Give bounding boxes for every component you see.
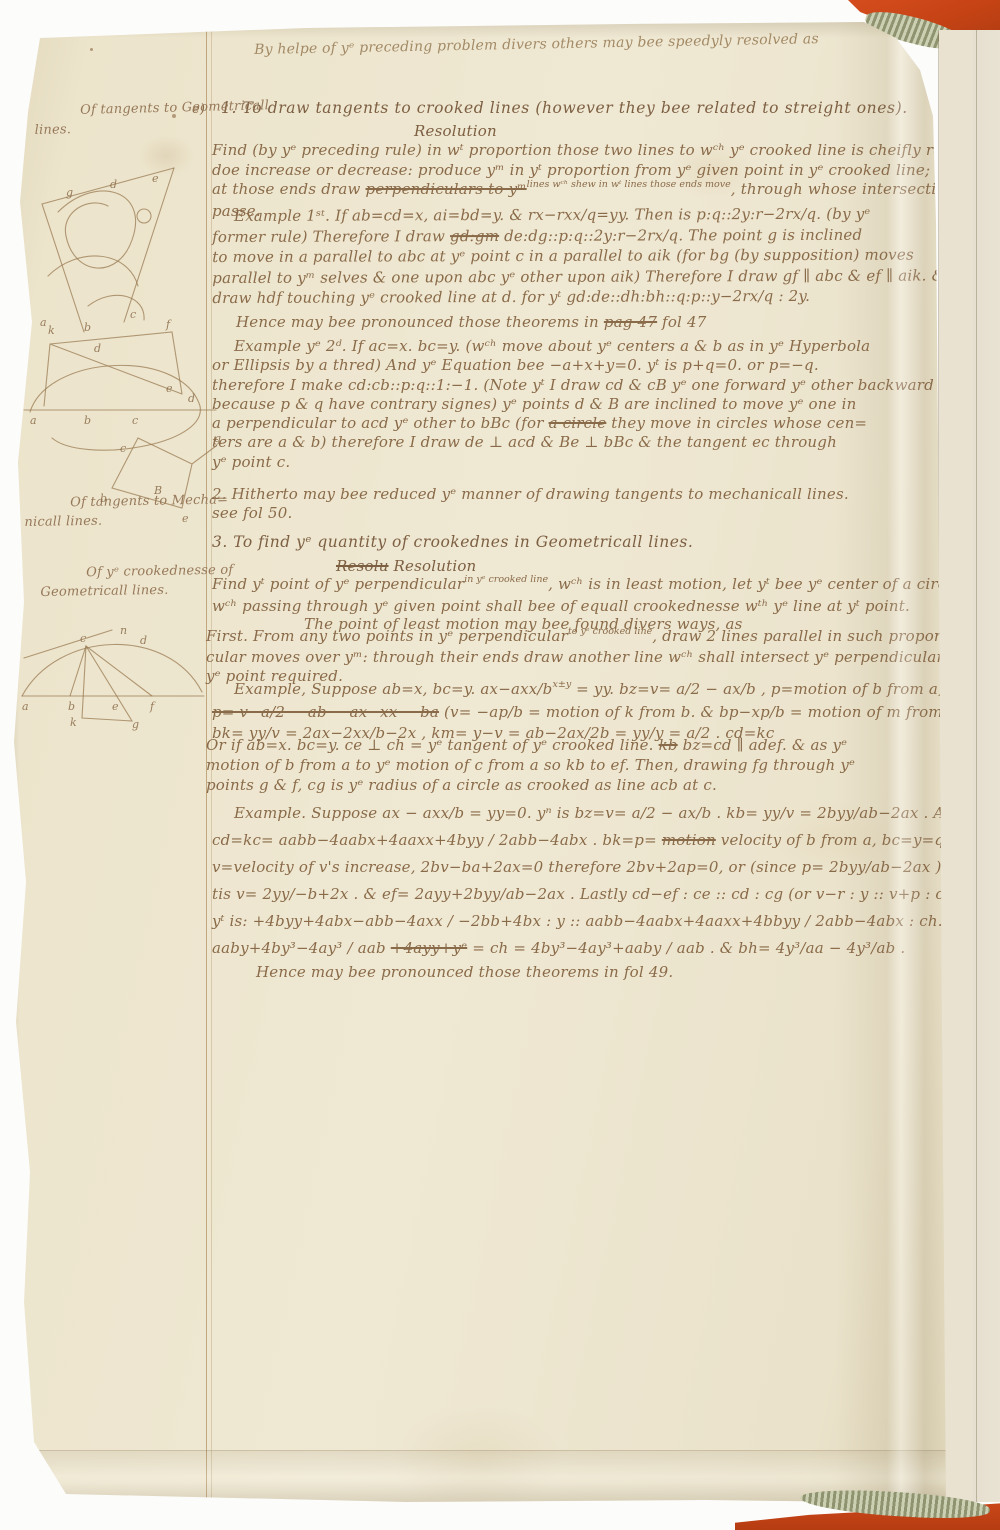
diagram-label: d bbox=[94, 342, 101, 355]
diagram-label: g bbox=[132, 718, 139, 731]
diagram-label: c bbox=[132, 414, 138, 427]
manuscript-line: Or if ab=x. bc=y. ce ⊥ ch = yᵉ tangent o… bbox=[206, 735, 855, 755]
interlinear-text: x±y bbox=[553, 679, 572, 690]
text-segment: at those ends draw bbox=[212, 180, 366, 198]
text-segment: Example 1ˢᵗ. If ab=cd=x, ai=bd=y. & rx−r… bbox=[234, 205, 870, 225]
struck-text: Resolu bbox=[336, 557, 389, 575]
text-segment: aaby+4by³−4ay³ / aab bbox=[212, 939, 391, 957]
text-segment: Resolution bbox=[389, 557, 477, 575]
manuscript-line: Example. Suppose ax − axx/b = yy=0. yⁿ i… bbox=[212, 800, 1000, 827]
book-fore-edge bbox=[938, 30, 1000, 1502]
manuscript-line: yᵉ point c. bbox=[212, 453, 934, 472]
struck-text: p= v−a/2 − ab − ax−xx − ba bbox=[212, 703, 439, 721]
manuscript-line: to move in a parallel to abc at yᵉ point… bbox=[212, 244, 1000, 267]
diagram-label: e bbox=[112, 700, 119, 713]
diagram-label: e bbox=[182, 512, 189, 525]
manuscript-line: motion of b from a to yᵉ motion of c fro… bbox=[206, 755, 855, 775]
diagram-label: a bbox=[30, 414, 37, 427]
manuscript-line: see fol 50. bbox=[212, 504, 849, 523]
struck-text: kb bbox=[659, 736, 678, 754]
paragraph-section-2: 2. Hitherto may bee reduced yᵉ manner of… bbox=[212, 485, 849, 523]
resolution-label-2: Resolu Resolution bbox=[336, 556, 476, 576]
diagram-label: b bbox=[100, 492, 107, 505]
text-segment: bz=cd ∥ adef. & as yᵉ bbox=[678, 736, 848, 754]
manuscript-line: a perpendicular to acd yᵉ other to bBc (… bbox=[212, 414, 934, 433]
manuscript-line: First. From any two points in yᵉ perpend… bbox=[206, 627, 1000, 648]
diagram-label: e bbox=[166, 382, 173, 395]
resolution-label-1: Resolution bbox=[414, 121, 497, 141]
manuscript-line: draw hdf touching yᵉ crooked line at d. … bbox=[212, 285, 1000, 308]
text-segment: cd=kc= aabb−4aabx+4aaxx+4byy / 2abb−4abx… bbox=[212, 831, 662, 849]
diagram-label: b bbox=[84, 414, 91, 427]
text-segment: = ch = 4by³−4ay³+aaby / aab . & bh= 4y³/… bbox=[467, 939, 905, 957]
paragraph-find-crookedness: Find yᵗ point of yᵉ perpendicularin yᵉ c… bbox=[212, 575, 960, 634]
manuscript-line: points g & f, cg is yᵉ radius of a circl… bbox=[206, 775, 855, 795]
manuscript-line: or Ellipsis by a thred) And yᵉ Equation … bbox=[212, 356, 934, 375]
diagram-label: B bbox=[153, 484, 162, 497]
manuscript-line: yᵗ is: +4byy+4abx−abb−4axx / −2bb+4bx : … bbox=[212, 908, 1000, 935]
margin-note-geometricall-tangents: Of tangents to Geometricalllines. bbox=[34, 96, 270, 140]
diagram-label: g bbox=[66, 186, 73, 199]
text-segment: First. From any two points in yᵉ perpend… bbox=[206, 627, 568, 645]
interlinear-text: in yᵉ crooked line bbox=[464, 574, 548, 585]
manuscript-line: Find (by yᵉ preceding rule) in wᵗ propor… bbox=[212, 141, 1000, 161]
text-segment: Or if ab=x. bc=y. ce ⊥ ch = yᵉ tangent o… bbox=[206, 736, 659, 754]
manuscript-line: Resolu Resolution bbox=[336, 556, 476, 576]
manuscript-line: Find yᵗ point of yᵉ perpendicularin yᵉ c… bbox=[212, 575, 960, 597]
diagram-label: d bbox=[140, 634, 147, 647]
manuscript-line: Example yᵉ 2ᵈ. If ac=x. bc=y. (wᶜʰ move … bbox=[212, 337, 934, 356]
diagram-label: c bbox=[80, 632, 86, 645]
manuscript-scan: { "colors":{"cover_red":"#c64315","page_… bbox=[0, 0, 1000, 1530]
manuscript-line: v=velocity of v's increase, 2bv−ba+2ax=0… bbox=[212, 854, 1000, 881]
manuscript-line: former rule) Therefore I draw gd:gm de:d… bbox=[212, 224, 1000, 247]
manuscript-line: By helpe of yᵉ preceding problem divers … bbox=[254, 29, 819, 60]
text-segment: Example yᵉ 2ᵈ. If ac=x. bc=y. (wᶜʰ move … bbox=[234, 337, 870, 355]
struck-text: a circle bbox=[549, 414, 607, 432]
manuscript-line: cular moves over yᵐ: through their ends … bbox=[206, 648, 1000, 667]
paragraph-example-1: Example 1ˢᵗ. If ab=cd=x, ai=bd=y. & rx−r… bbox=[212, 203, 1000, 308]
struck-text: +4ayy+yᵉ bbox=[391, 939, 467, 957]
geometry-sketch-ellipse: k d f a b c d e c B g b e bbox=[20, 312, 225, 532]
manuscript-line: at those ends draw perpendiculars to yᵐl… bbox=[212, 180, 1000, 202]
manuscript-line: cd=kc= aabb−4aabx+4aaxx+4byy / 2abb−4abx… bbox=[212, 827, 1000, 854]
text-segment: de:dg::p:q::2y:r−2rx/q. The point g is i… bbox=[499, 225, 862, 244]
paragraph-or-method: Or if ab=x. bc=y. ce ⊥ ch = yᵉ tangent o… bbox=[206, 735, 855, 795]
manuscript-line: aaby+4by³−4ay³ / aab +4ayy+yᵉ = ch = 4by… bbox=[212, 935, 1000, 962]
diagram-label: f bbox=[149, 700, 156, 713]
text-segment: Hence may bee pronounced those theorems … bbox=[236, 313, 604, 331]
paragraph-first-method: First. From any two points in yᵉ perpend… bbox=[206, 627, 1000, 686]
section1-heading: 1. To draw tangents to crooked lines (ho… bbox=[221, 98, 908, 118]
diagram-label: e bbox=[152, 172, 159, 185]
header-note: By helpe of yᵉ preceding problem divers … bbox=[254, 29, 819, 60]
geometry-sketch-crookednesse: c n d a b e f k g bbox=[16, 600, 211, 728]
paragraph-example-2: Example yᵉ 2ᵈ. If ac=x. bc=y. (wᶜʰ move … bbox=[212, 337, 934, 472]
manuscript-line: Example 1ˢᵗ. If ab=cd=x, ai=bd=y. & rx−r… bbox=[212, 203, 1000, 226]
diagram-label: d bbox=[188, 392, 195, 405]
manuscript-line: therefore I make cd:cb::p:q::1:−1. (Note… bbox=[212, 376, 934, 395]
diagram-label: k bbox=[48, 324, 55, 337]
diagram-label: d bbox=[110, 178, 117, 191]
manuscript-line: parallel to yᵐ selves & one upon abc yᵉ … bbox=[212, 265, 1000, 288]
interlinear-text: lines wᶜʰ shew in wᵗ lines those ends mo… bbox=[527, 179, 731, 190]
manuscript-line: p= v−a/2 − ab − ax−xx − ba (v= −ap/b = m… bbox=[212, 702, 964, 723]
diagram-label: c bbox=[120, 442, 126, 455]
hence-theorems-fol47: Hence may bee pronounced those theorems … bbox=[236, 312, 707, 332]
ink-speck bbox=[90, 48, 93, 51]
diagram-label: b bbox=[68, 700, 75, 713]
text-segment: Example, Suppose ab=x, bc=y. ax−axx/b bbox=[234, 680, 553, 698]
struck-text: perpendiculars to yᵐ bbox=[366, 180, 527, 198]
margin-note-line: Geometricall lines. bbox=[40, 580, 234, 602]
diagram-label: a bbox=[22, 700, 29, 713]
text-segment: they move in circles whose cen= bbox=[606, 414, 867, 432]
text-segment: a perpendicular to acd yᵉ other to bBc (… bbox=[212, 414, 549, 432]
diagram-label: n bbox=[120, 624, 127, 637]
margin-note-crookednesse: Of yᵉ crookednesse ofGeometricall lines. bbox=[40, 561, 234, 602]
section3-heading: 3. To find yᵉ quantity of crookednes in … bbox=[212, 532, 693, 552]
diagram-label: f bbox=[165, 318, 172, 331]
manuscript-line: tis v= 2yy/−b+2x . & ef= 2ayy+2byy/ab−2a… bbox=[212, 881, 1000, 908]
text-segment: Find yᵗ point of yᵉ perpendicular bbox=[212, 575, 464, 593]
interlinear-text: to yᵉ crooked line bbox=[568, 626, 652, 637]
manuscript-line: Hence may bee pronounced those theorems … bbox=[256, 962, 673, 982]
struck-text: gd:gm bbox=[450, 226, 499, 244]
text-segment: , wᶜʰ is in least motion, let yᵗ bee yᵉ … bbox=[548, 575, 960, 593]
manuscript-page: By helpe of yᵉ preceding problem divers … bbox=[6, 22, 948, 1504]
manuscript-line: 2. Hitherto may bee reduced yᵉ manner of… bbox=[212, 485, 849, 504]
paragraph-example-4: Example. Suppose ax − axx/b = yy=0. yⁿ i… bbox=[212, 800, 1000, 962]
hence-theorems-fol49: Hence may bee pronounced those theorems … bbox=[256, 962, 673, 982]
text-segment: Example. Suppose ax − axx/b = yy=0. yⁿ i… bbox=[234, 804, 964, 822]
margin-note-line: Of yᵉ crookednesse of bbox=[40, 561, 234, 583]
text-segment: (v= −ap/b = motion of k from b. & bp−xp/… bbox=[439, 703, 964, 721]
manuscript-line: Example, Suppose ab=x, bc=y. ax−axx/bx±y… bbox=[212, 679, 964, 702]
struck-text: motion bbox=[662, 831, 716, 849]
struck-text: pag 47 bbox=[604, 313, 657, 331]
manuscript-line: wᶜʰ passing through yᵉ given point shall… bbox=[212, 597, 960, 616]
text-segment: former rule) Therefore I draw bbox=[212, 227, 450, 246]
text-segment: fol 47 bbox=[657, 313, 706, 331]
fore-edge-line bbox=[976, 30, 977, 1502]
manuscript-line: doe increase or decrease: produce yᵐ in … bbox=[212, 161, 1000, 181]
diagram-label: k bbox=[70, 716, 77, 729]
manuscript-line: because p & q have contrary signes) yᵉ p… bbox=[212, 395, 934, 414]
manuscript-line: Hence may bee pronounced those theorems … bbox=[236, 312, 707, 332]
text-segment: = yy. bz=v= a/2 − ax/b , p=motion of b f… bbox=[571, 680, 943, 698]
manuscript-line: ters are a & b) therefore I draw de ⊥ ac… bbox=[212, 433, 934, 452]
diagram-label: g bbox=[214, 432, 221, 445]
